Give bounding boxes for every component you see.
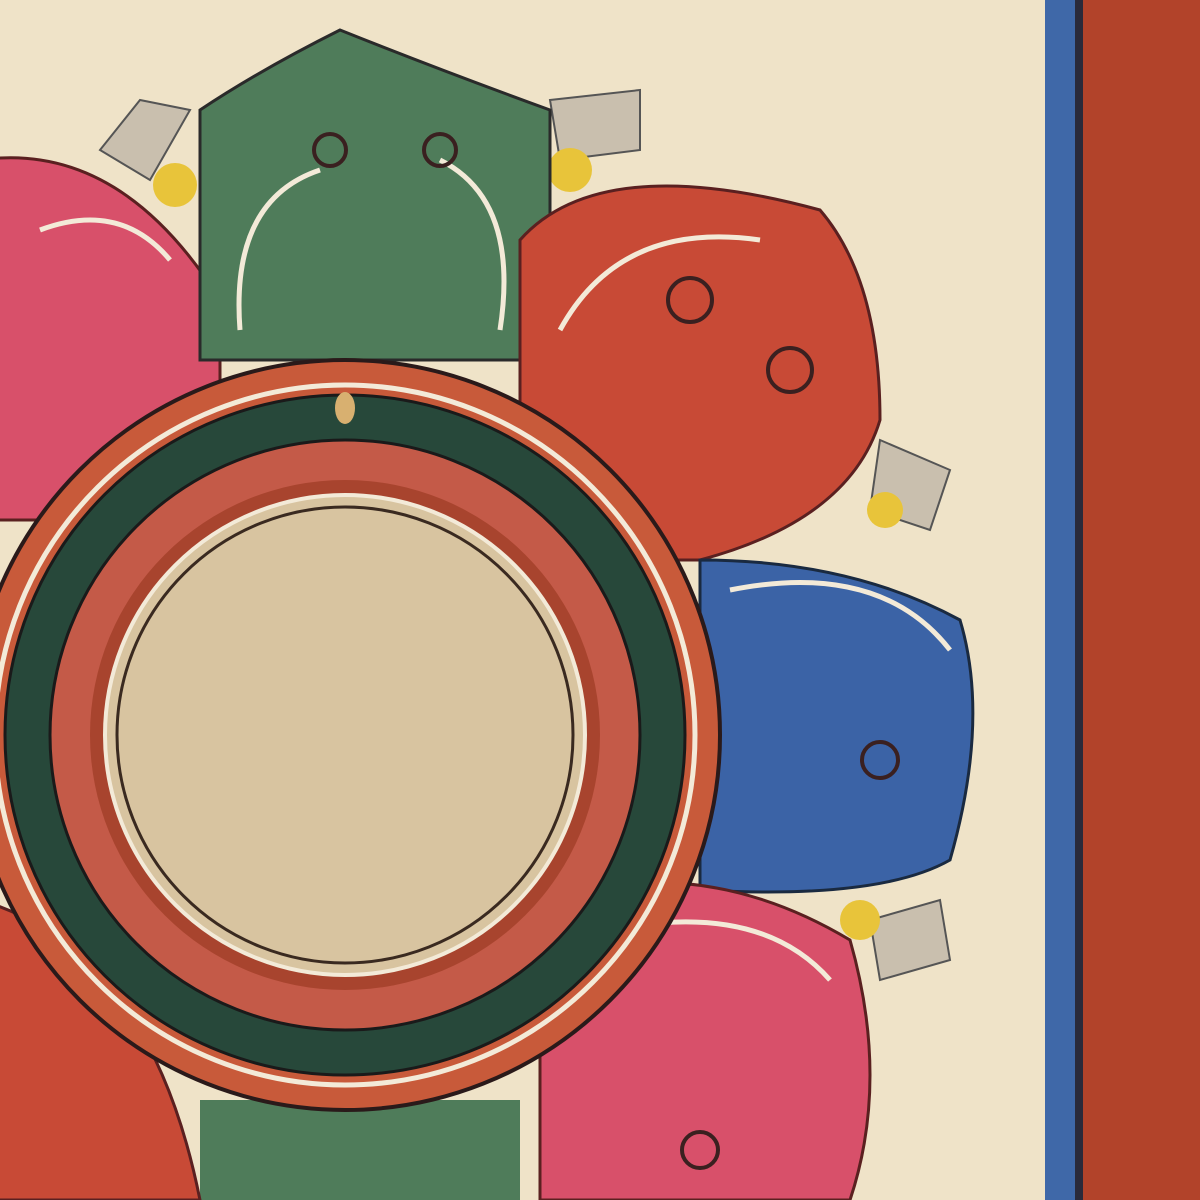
lotus-mandala-painting [0,0,1200,1200]
